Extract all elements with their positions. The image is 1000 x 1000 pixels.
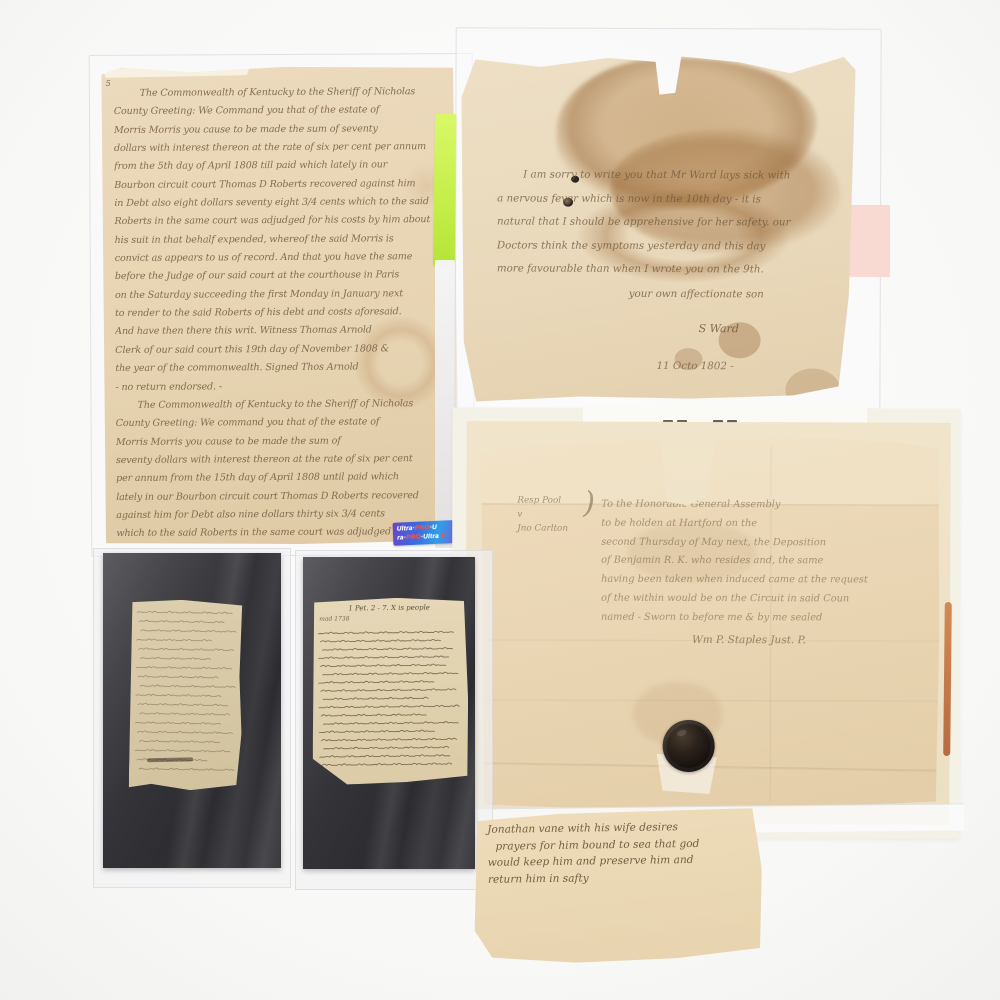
hand-line: Morris Morris you cause to be made the s… [116,431,456,451]
letter-date: 11 Octo 1802 - [656,360,733,372]
label-text: PRO [406,534,421,542]
hand-line: his suit in that behalf expended, whereo… [115,230,455,250]
justice-signature: Wm P. Staples Just. P. [692,634,806,646]
seal-highlight [676,728,687,737]
hand-line: the year of the commonwealth. Signed Tho… [115,358,455,378]
hand-line: return him in safty [488,868,700,887]
letter-closing: your own affectionate son [629,288,764,300]
letter-signature: S Ward [699,322,739,335]
hand-line: on the Saturday succeeding the first Mon… [115,285,455,305]
page-marker: 5 [106,79,111,88]
hand-line: The Commonwealth of Kentucky to the Sher… [114,83,454,103]
hand-line: Clerk of our said court this 19th day of… [115,340,455,360]
hand-line: per annum from the 15th day of April 180… [116,468,456,488]
hand-line: in Debt also eight dollars seventy eight… [114,193,454,213]
hand-line: from the 5th day of April 1808 till paid… [114,156,454,176]
ward-letter-page: I am sorry to write you that Mr Ward lay… [460,39,857,404]
hand-line: Morris Morris you cause to be made the s… [114,120,454,140]
label-text: Ultra [423,533,439,541]
hand-line: to render to the said Roberts of his deb… [115,303,455,323]
scripture-note: 1 Pet. 2 - 7. X is people mad 1738 [311,597,469,785]
hand-line: - no return endorsed. - [115,376,455,396]
writ-document-page: 5 The Commonwealth of Kentucky to the Sh… [100,63,460,547]
docket-caption: Resp PoolvJno Carlton [517,493,568,535]
slip-handwriting: Jonathan vane with his wife desirespraye… [487,819,700,888]
hand-line: lately in our Bourbon circuit court Thom… [116,486,456,506]
hand-line: named - Sworn to before me & by me seale… [601,608,868,627]
illegible-handwriting [133,605,239,782]
hand-line: seventy dollars with interest thereon at… [116,450,456,470]
scripture-subheading: mad 1738 [319,615,349,622]
label-text: ra· [397,534,406,541]
hand-line: I am sorry to write you that Mr Ward lay… [497,163,791,188]
hand-line: County Greeting: We command you that of … [116,413,456,433]
black-wax-seal [663,720,715,772]
deposition-folded-letter: Resp PoolvJno Carlton ) To the Honorable… [477,435,941,812]
hand-line: a nervous fever which is now in the 10th… [497,187,791,212]
hand-line: to be holden at Hartford on the [601,515,868,534]
label-text: Ultra· [397,525,415,533]
hand-line: And have then there this writ. Witness T… [115,321,455,341]
writ-handwriting: The Commonwealth of Kentucky to the Sher… [114,83,457,544]
hand-line: The Commonwealth of Kentucky to the Sher… [116,395,456,415]
label-text: ·U [430,524,438,531]
faded-manuscript-note [129,599,244,791]
letter-handwriting: I am sorry to write you that Mr Ward lay… [497,163,791,282]
label-text: PRO [415,524,430,532]
docket-paren: ) [583,486,595,521]
green-highlight-tab [433,114,457,266]
hand-line: County Greeting: We Command you that of … [114,101,454,121]
prayer-slip: Jonathan vane with his wife desirespraye… [473,808,763,964]
hand-line: natural that I should be apprehensive fo… [497,211,791,236]
hand-line: of the within would be on the Circuit in… [601,590,868,609]
hand-line: more favourable than when I wrote you on… [497,258,791,283]
hand-line: of Benjamin R. K. who resides and, the s… [601,552,868,571]
hand-line: Doctors think the symptoms yesterday and… [497,234,791,259]
hand-line: Resp Pool [517,493,568,507]
dense-handwriting [316,625,464,777]
hand-line: second Thursday of May next, the Deposit… [601,533,868,552]
label-text: ·P [439,532,446,539]
hand-line: having been taken when induced came at t… [601,571,868,590]
hand-line: v [517,507,568,521]
hand-line: To the Honorable General Assembly [601,496,868,515]
hand-line: Jno Carlton [517,521,568,535]
hand-line: Bourbon circuit court Thomas D Roberts r… [114,175,454,195]
hand-line: would keep him and preserve him and [488,852,700,871]
photo-of-manuscript-lot: 5 The Commonwealth of Kentucky to the Sh… [0,0,1000,1000]
hand-line: dollars with interest thereon at the rat… [114,138,454,158]
hand-line: Roberts in the same court was adjudged f… [114,211,454,231]
deposition-handwriting: To the Honorable General Assemblyto be h… [601,496,868,628]
scripture-heading: 1 Pet. 2 - 7. X is people [311,603,467,613]
hand-line: before the Judge of our said court at th… [115,266,455,286]
hand-line: convict as appears to us of record. And … [115,248,455,268]
